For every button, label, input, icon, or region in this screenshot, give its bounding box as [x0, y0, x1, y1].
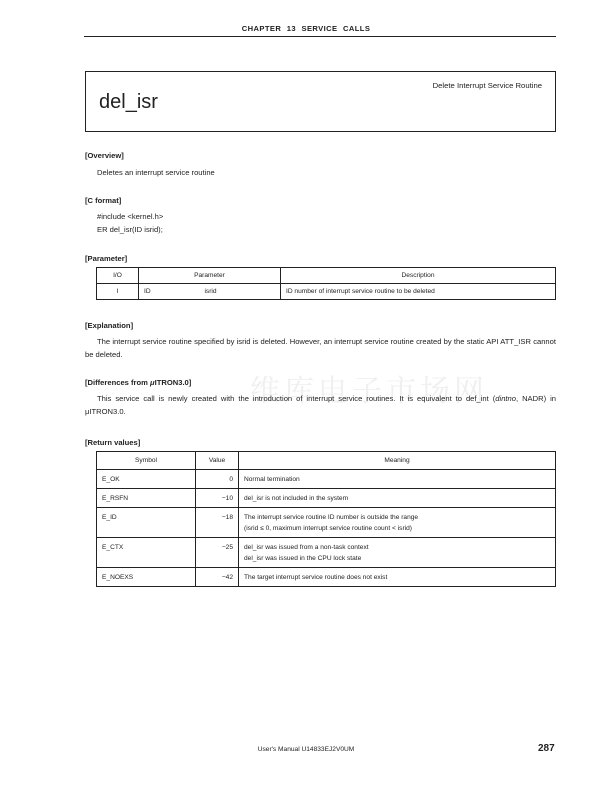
meaning-line: Normal termination	[244, 474, 550, 485]
c-format-heading: [C format]	[85, 196, 121, 205]
return-value: −42	[196, 568, 239, 587]
c-format-line: #include <kernel.h>	[97, 210, 163, 223]
meaning-line: (isrid ≤ 0, maximum interrupt service ro…	[244, 523, 550, 534]
param-type: ID	[144, 288, 151, 295]
table-row: E_CTX−25del_isr was issued from a non-ta…	[97, 538, 556, 568]
return-values-heading: [Return values]	[85, 438, 140, 447]
column-header: Parameter	[139, 268, 281, 284]
table-row: I ID isrid ID number of interrupt servic…	[97, 284, 556, 300]
service-call-description: Delete Interrupt Service Routine	[433, 81, 542, 90]
table-row: E_RSFN−10del_isr is not included in the …	[97, 489, 556, 508]
param-description: ID number of interrupt service routine t…	[281, 284, 556, 300]
return-symbol: E_CTX	[97, 538, 196, 568]
overview-heading: [Overview]	[85, 151, 124, 160]
column-header: Description	[281, 268, 556, 284]
footer-manual: User's Manual U14833EJ2V0UM	[0, 746, 612, 753]
meaning-line: del_isr was issued from a non-task conte…	[244, 542, 550, 553]
return-symbol: E_NOEXS	[97, 568, 196, 587]
explanation-text: The interrupt service routine specified …	[85, 335, 556, 361]
param-name: isrid	[204, 288, 216, 295]
return-symbol: E_RSFN	[97, 489, 196, 508]
param-io: I	[97, 284, 139, 300]
service-call-name: del_isr	[99, 91, 158, 114]
title-box: del_isr Delete Interrupt Service Routine	[85, 71, 556, 132]
table-row: E_OK0Normal termination	[97, 470, 556, 489]
explanation-paragraph: The interrupt service routine specified …	[85, 335, 556, 361]
return-meaning: The interrupt service routine ID number …	[239, 508, 556, 538]
parameter-table: I/O Parameter Description I ID isrid ID …	[96, 267, 556, 300]
explanation-heading: [Explanation]	[85, 321, 133, 330]
page-number: 287	[538, 743, 555, 754]
table-row: E_ID−18The interrupt service routine ID …	[97, 508, 556, 538]
column-header: Symbol	[97, 452, 196, 470]
differences-heading: [Differences from μITRON3.0]	[85, 378, 191, 387]
meaning-line: del_isr is not included in the system	[244, 493, 550, 504]
return-meaning: Normal termination	[239, 470, 556, 489]
header-rule	[84, 36, 556, 37]
column-header: Value	[196, 452, 239, 470]
param-cell: ID isrid	[139, 284, 281, 300]
return-value: −18	[196, 508, 239, 538]
differences-text: This service call is newly created with …	[85, 392, 556, 418]
return-meaning: del_isr was issued from a non-task conte…	[239, 538, 556, 568]
heading-part: [Differences from	[85, 378, 150, 387]
text-italic: dintno	[495, 394, 516, 403]
meaning-line: del_isr was issued in the CPU lock state	[244, 553, 550, 564]
meaning-line: The target interrupt service routine doe…	[244, 572, 550, 583]
overview-text: Deletes an interrupt service routine	[97, 166, 215, 179]
differences-paragraph: This service call is newly created with …	[85, 392, 556, 418]
return-meaning: del_isr is not included in the system	[239, 489, 556, 508]
chapter-header: CHAPTER 13 SERVICE CALLS	[0, 24, 612, 33]
meaning-line: The interrupt service routine ID number …	[244, 512, 550, 523]
return-symbol: E_OK	[97, 470, 196, 489]
return-values-table: Symbol Value Meaning E_OK0Normal termina…	[96, 451, 556, 587]
c-format-line: ER del_isr(ID isrid);	[97, 223, 163, 236]
return-meaning: The target interrupt service routine doe…	[239, 568, 556, 587]
return-value: −25	[196, 538, 239, 568]
text-part: This service call is newly created with …	[97, 394, 495, 403]
column-header: I/O	[97, 268, 139, 284]
return-value: 0	[196, 470, 239, 489]
parameter-heading: [Parameter]	[85, 254, 127, 263]
column-header: Meaning	[239, 452, 556, 470]
return-value: −10	[196, 489, 239, 508]
table-row: E_NOEXS−42The target interrupt service r…	[97, 568, 556, 587]
heading-part: ITRON3.0]	[155, 378, 192, 387]
return-symbol: E_ID	[97, 508, 196, 538]
